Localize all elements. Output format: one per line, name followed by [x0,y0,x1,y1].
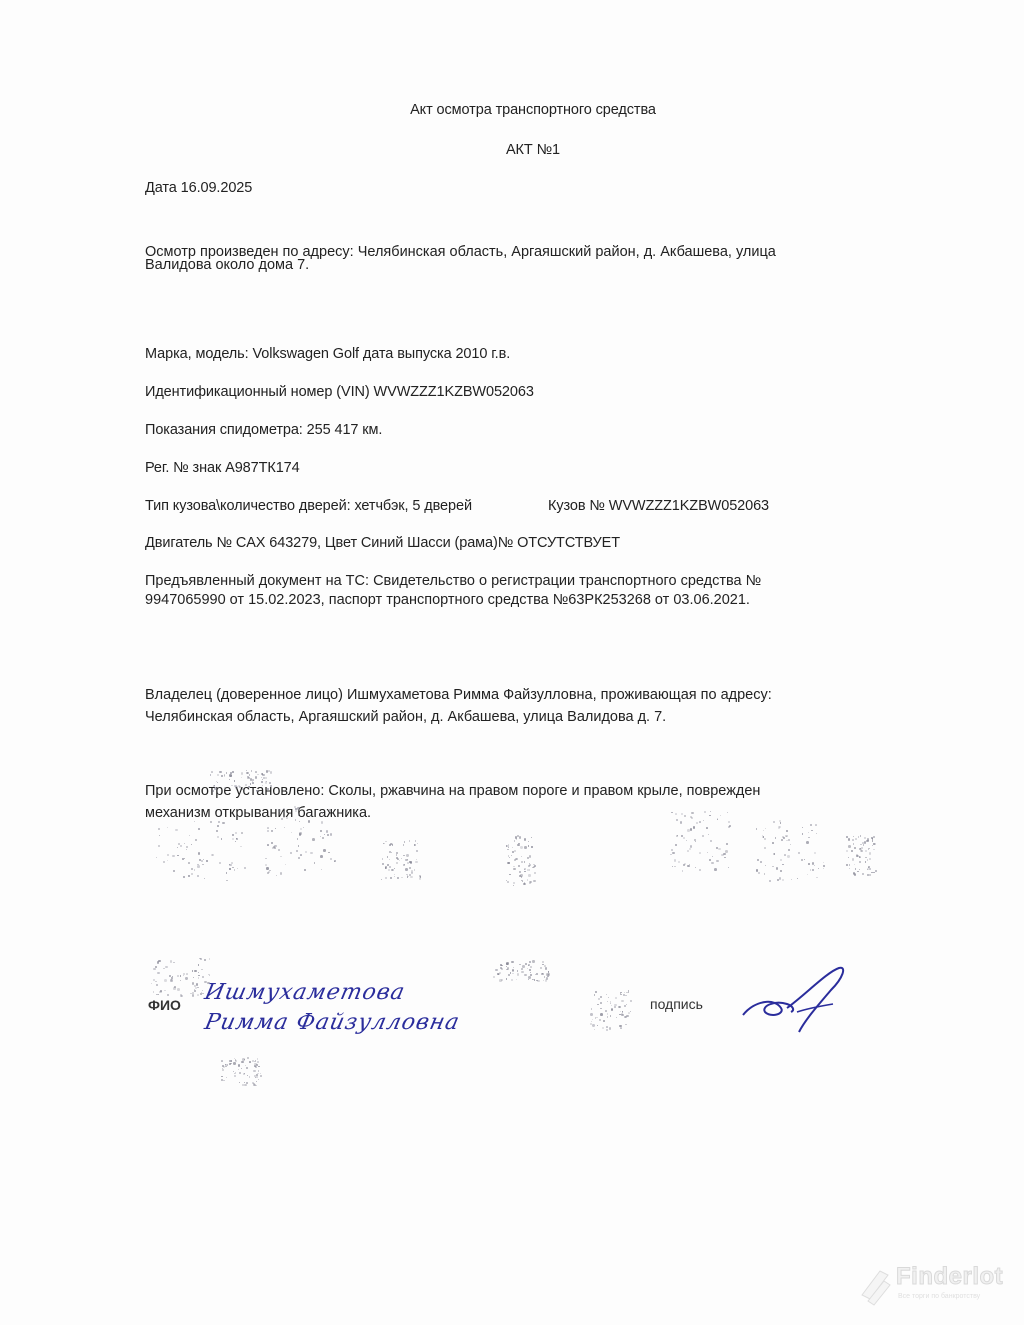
finderlot-watermark: Finderlot Все торги по банкротству [854,1263,1014,1311]
owner-info-line-1: Владелец (доверенное лицо) Ишмухаметова … [145,684,772,706]
fio-label: ФИО [148,997,181,1013]
vin-line: Идентификационный номер (VIN) WVWZZZ1KZB… [145,384,534,400]
finderlot-logo-icon [854,1265,894,1307]
inspection-findings-line-1: При осмотре установлено: Сколы, ржавчина… [145,780,760,802]
owner-info: Владелец (доверенное лицо) Ишмухаметова … [145,684,772,728]
signature-scribble [735,960,855,1040]
inspection-findings-line-2: механизм открывания багажника. [145,802,760,824]
presented-documents-line-2: 9947065990 от 15.02.2023, паспорт трансп… [145,591,761,610]
owner-info-line-2: Челябинская область, Аргаяшский район, д… [145,706,772,728]
make-model: Марка, модель: Volkswagen Golf дата выпу… [145,346,510,362]
date-line: Дата 16.09.2025 [145,180,252,196]
act-number: АКТ №1 [0,142,1024,158]
body-number-line: Кузов № WVWZZZ1KZBW052063 [548,498,769,514]
inspection-address-line-2: Валидова около дома 7. [145,259,776,272]
presented-documents-line-1: Предъявленный документ на ТС: Свидетельс… [145,572,761,591]
presented-documents: Предъявленный документ на ТС: Свидетельс… [145,572,761,610]
odometer-line: Показания спидометра: 255 417 км. [145,422,382,438]
handwritten-name-patronymic: Римма Файзулловна [202,1010,462,1035]
signature-label: подпись [650,996,703,1012]
scanned-document-page: Акт осмотра транспортного средства АКТ №… [0,0,1024,1325]
body-type-line: Тип кузова\количество дверей: хетчбэк, 5… [145,498,472,514]
handwritten-surname: Ишмухаметова [202,980,407,1005]
watermark-tagline: Все торги по банкротству [898,1293,980,1300]
document-title: Акт осмотра транспортного средства [0,102,1024,118]
reg-plate-line: Рег. № знак А987ТК174 [145,460,300,476]
watermark-brand: Finderlot [896,1263,1003,1291]
engine-color-chassis-line: Двигатель № CAX 643279, Цвет Синий Шасси… [145,535,620,551]
inspection-address: Осмотр произведен по адресу: Челябинская… [145,246,776,272]
